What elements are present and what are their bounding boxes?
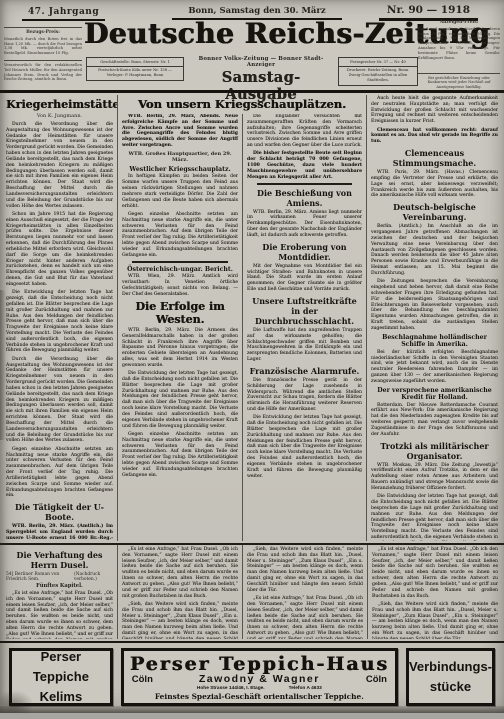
paragraph: Die Zeitungen besprechen die Vereinbarun… — [371, 279, 498, 331]
ad-city-right: Cöln — [366, 674, 387, 685]
headline-amiens: Die Beschießung von Amiens. — [247, 188, 362, 208]
subscription-price-text: Monatlich durch den Boten frei in das Ha… — [4, 37, 82, 55]
feuilleton-column-2: „Es ist eine Anfrage,“ bat Frau Dusel. „… — [117, 545, 242, 639]
paragraph: Die Entwicklung der letzten Tage hat gez… — [122, 371, 238, 429]
paragraph: WTB. Berlin, 29. März. Die Armeen des Ge… — [122, 328, 238, 369]
paragraph: Die Entwicklung der letzten Tage hat gez… — [6, 290, 113, 354]
ad-phone: Telefon A 4633 — [289, 686, 322, 691]
paragraph: Die Entwicklung der letzten Tage hat gez… — [371, 494, 498, 541]
page-edge-shadow — [0, 706, 504, 713]
scan-smudge — [0, 290, 6, 440]
column-2: WTB. Berlin, 29. März, Abends. Neue erfo… — [118, 114, 242, 541]
subscription-price-label: Bezugs-Preis: — [4, 30, 82, 36]
ad-right-line1: Verbindungs- — [409, 657, 492, 677]
paragraph: „Es ist eine Anfrage,“ bat Frau Dusel. „… — [6, 591, 113, 639]
headline-montdidier: Die Eroberung von Montdidier. — [247, 242, 362, 262]
chapter-label: Fünftes Kapitel. — [6, 583, 113, 589]
paragraph: Durch die Verordnung über die Ausgestalt… — [6, 122, 113, 209]
phone-line-2: Druckerei: Reichs-Zeitung, Bonn. Zweig-G… — [339, 66, 417, 85]
paragraph: Gegen einzelne Abschnitte setzten am Nac… — [122, 212, 238, 259]
headline-erfolge-westen: Die Erfolge im Westen. — [122, 300, 238, 326]
feuilleton-band: Die Verhaftung des Herrn Dusel. 54] Berl… — [0, 543, 504, 639]
paragraph: Bei der kürzlich erfolgten Beschlagnahme… — [371, 350, 498, 385]
phone-line-1: Fernsprecher Nr. 37 — Nr. 40 — [339, 58, 417, 66]
paragraph: WTB. Berlin, 29. März. Amiens liegt nunm… — [247, 210, 362, 239]
column-1: Kriegerheimstätten. Von K. Jungmann. Dur… — [2, 95, 117, 541]
ad-price-note: Bei gerichtlicher Einziehung oder Konkur… — [418, 73, 500, 90]
advertisement-strip: Perser Teppiche Kelims Perser Teppich-Ha… — [0, 646, 504, 708]
war-news-section: Von unsern Kriegsschauplätzen. WTB. Berl… — [117, 95, 367, 541]
feuilleton-title: Die Verhaftung des Herrn Dusel. — [6, 550, 113, 570]
article-columns: Kriegerheimstätten. Von K. Jungmann. Dur… — [0, 95, 504, 541]
office-line-1: Geschäftsstelle: Bonn, Sternstr. Nr. 1 — [87, 58, 183, 66]
feuilleton-column-4: „Es ist eine Anfrage,“ bat Frau Dusel. „… — [367, 545, 502, 639]
article-byline: Von K. Jungmann. — [6, 113, 113, 119]
ad-price-block: Anzeigen-Preis: Die 6 mal gespaltene Pet… — [418, 20, 500, 60]
ad-left-line1: Perser Teppiche — [12, 647, 110, 687]
masthead-rule — [0, 90, 504, 93]
ad-street-address: Hohe Strasse 144/46, I. Etage. — [197, 686, 265, 691]
section-rule — [257, 183, 352, 185]
ad-city-left: Cöln — [132, 674, 153, 685]
clemenceau-intro: Clemenceau hat vollkommen recht: darauf … — [371, 128, 498, 145]
paragraph: Gegen einzelne Abschnitte setzten am Nac… — [122, 432, 238, 479]
paragraph: Gegen einzelne Abschnitte setzten am Nac… — [6, 447, 113, 499]
paragraph: WTB. Paris, 29. März. (Havas.) Clemencea… — [371, 170, 498, 199]
paragraph: WTB. Wien, 29. März. Amtlich wird verlau… — [122, 274, 238, 297]
paragraph: „Es ist eine Anfrage,“ bat Frau Dusel. „… — [372, 547, 498, 599]
feuilleton-column-1: Die Verhaftung des Herrn Dusel. 54] Berl… — [2, 545, 117, 639]
phone-info-box: Fernsprecher Nr. 37 — Nr. 40 Druckerei: … — [338, 57, 418, 86]
newspaper-page: 47. Jahrgang Bonn, Samstag den 30. März … — [0, 0, 504, 713]
ad-verbindungsstuecke: Verbindungs- stücke — [406, 648, 495, 706]
paragraph: Die Entwicklung der letzten Tage hat gez… — [247, 415, 362, 479]
paragraph: Mit der Wegnahme von Montdidier fiel ein… — [247, 264, 362, 293]
subhead-beschlagnahme: Beschlagnahme holländischer Schiffe in A… — [371, 334, 498, 348]
ad-tagline: Feinstes Spezial-Geschäft orientalischer… — [130, 692, 389, 701]
ad-right-line2: stücke — [409, 677, 492, 697]
headline-vereinbarung: Deutsch-belgische Vereinbarung. — [371, 202, 498, 222]
subscription-price-block: Bezugs-Preis: Monatlich durch den Boten … — [4, 27, 82, 56]
paragraph: Schon im Jahre 1915 hat die Regierung ei… — [6, 212, 113, 288]
paragraph: „Es ist eine Anfrage,“ bat Frau Dusel. „… — [122, 547, 238, 599]
column-4: Auch heute hielt die gespannte Aufmerksa… — [367, 95, 502, 541]
paragraph: Berlin. (Amtlich.) Im Anschluß an die im… — [371, 224, 498, 276]
ad-price-text: Die 6 mal gespaltene Petitzeile oder der… — [418, 27, 500, 60]
headquarters-line: WTB. Großes Hauptquartier, den 29. März. — [122, 151, 238, 163]
feuilleton-roman-line: 54] Berliner Roman von Friedrich Sem. (N… — [6, 572, 113, 582]
paragraph: Auch heute hielt die gespannte Aufmerksa… — [371, 96, 498, 125]
bottom-rule — [0, 641, 504, 643]
article-title-uboote: Die Tätigkeit der U-Boote. — [6, 502, 113, 522]
ad-address-row: Hohe Strasse 144/46, I. Etage. Telefon A… — [130, 686, 389, 691]
paragraph: WTB. Moskau, 29. März. Die Zeitung „Iswe… — [371, 463, 498, 492]
headline-trotzki: Trotzki als militärischer Organisator. — [371, 441, 498, 461]
responsible-editors-text: Verantwortlich für den redaktionellen Te… — [4, 63, 82, 81]
newspaper-subtitle: Bonner Volks-Zeitung — Bonner Stadt-Anze… — [188, 56, 334, 68]
subhead-austrian-report: Österreichisch-ungar. Bericht. — [122, 266, 238, 273]
masthead: 47. Jahrgang Bonn, Samstag den 30. März … — [0, 0, 504, 94]
reprint-notice: (Nachdruck verboten.) — [74, 572, 113, 582]
section-rule — [132, 261, 228, 263]
column-3: Die Engländer versuchten mit zusammenger… — [242, 114, 366, 541]
headline-luftstreitkraefte: Unsere Luftstreitkräfte in der Durchbruc… — [247, 296, 362, 326]
feuilleton-column-3: „Sieh, das Weitere wird sich finden,“ me… — [242, 545, 367, 639]
paragraph: „Sieh, das Weitere wird sich finden,“ me… — [247, 547, 363, 594]
paragraph: Die Engländer versuchten mit zusammenger… — [247, 114, 362, 149]
responsible-editors-block: Verantwortlich für den redaktionellen Te… — [4, 60, 82, 82]
subhead-west-front: Westlicher Kriegsschauplatz. — [122, 166, 238, 173]
paragraph: Durch die Verordnung über die Ausgestalt… — [6, 357, 113, 444]
roman-credit: 54] Berliner Roman von Friedrich Sem. — [6, 572, 74, 582]
war-news-columns: WTB. Berlin, 29. März, Abends. Neue erfo… — [118, 114, 366, 541]
paragraph: „Es ist eine Anfrage,“ bat Frau Dusel. „… — [247, 596, 363, 639]
headline-alarmrufe: Französische Alarmrufe. — [247, 366, 362, 376]
paragraph: In heftigen Kämpfen zu beiden Seiten der… — [122, 174, 238, 209]
ad-firm-name: Zawodny & Wagner — [199, 673, 320, 685]
paragraph: Die französische Presse gerät in der Sch… — [247, 378, 362, 413]
newspaper-title: Deutsche Reichs-Zeitung — [84, 17, 418, 50]
paragraph: „Sieh, das Weitere wird sich finden,“ me… — [122, 602, 238, 639]
ad-teppich-haus: Perser Teppich-Haus Cöln Zawodny & Wagne… — [121, 648, 398, 706]
paragraph: Die Luftwaffe hat den angreifenden Trupp… — [247, 328, 362, 363]
ad-center-title: Perser Teppich-Haus — [130, 653, 389, 675]
booty-statistics: Die bisher festgestellte Beute seit Begi… — [247, 151, 362, 180]
war-news-header: Von unsern Kriegsschauplätzen. — [118, 97, 366, 111]
headline-clemenceau: Clemenceaus Stimmungsmache. — [371, 148, 498, 168]
evening-report: WTB. Berlin, 29. März, Abends. Neue erfo… — [122, 114, 238, 149]
paragraph: „Sieh, das Weitere wird sich finden,“ me… — [372, 602, 498, 639]
ad-center-cityrow: Cöln Zawodny & Wagner Cöln — [130, 673, 389, 685]
subhead-kredit: Der versprochene amerikanische Kredit fü… — [371, 387, 498, 401]
office-info-box: Geschäftsstelle: Bonn, Sternstr. Nr. 1 P… — [86, 57, 184, 81]
article-title-kriegerheimstaetten: Kriegerheimstätten. — [6, 98, 113, 111]
ad-price-label: Anzeigen-Preis: — [418, 20, 500, 26]
uboote-lead: WTB. Berlin, 29. März. (Amtlich.) Im Spe… — [6, 524, 113, 541]
office-line-2: Postscheck-Konto Köln unter Nr. 158 — Ve… — [87, 66, 183, 80]
paragraph: Rotterdam. Der Nieuwe Rotterdamsche Cour… — [371, 403, 498, 438]
